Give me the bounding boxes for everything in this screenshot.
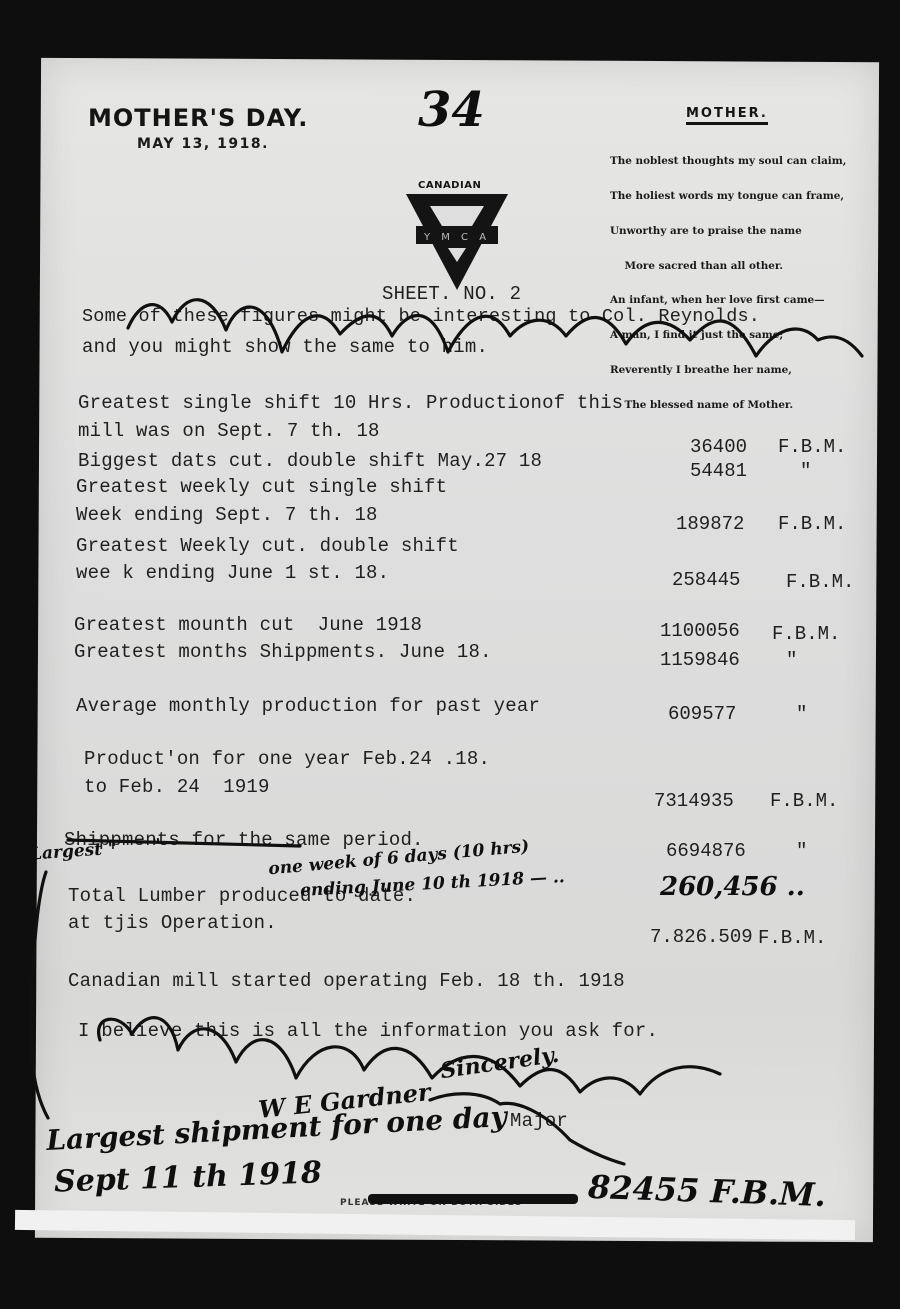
poem-title: MOTHER. (686, 106, 768, 125)
record-label: wee k ending June 1 st. 18. (76, 562, 389, 584)
poem-line: The blessed name of Mother. (610, 400, 846, 412)
record-value: 189872 (676, 513, 744, 535)
letterhead-date: MAY 13, 1918. (137, 136, 269, 152)
record-label: Average monthly production for past year (76, 695, 540, 717)
record-unit: " (800, 460, 811, 482)
poem-line: Reverently I breathe her name, (610, 365, 846, 377)
ymca-label: CANADIAN (418, 180, 481, 191)
record-unit: F.B.M. (778, 436, 846, 458)
poem-text: The noblest thoughts my soul can claim, … (610, 133, 846, 423)
record-label: Product'on for one year Feb.24 .18. (84, 748, 490, 770)
ymca-triangle-icon: Y M C A (402, 192, 512, 292)
record-unit: F.B.M. (758, 927, 826, 949)
record-unit: " (786, 649, 797, 671)
poem-line: Unworthy are to praise the name (610, 226, 846, 238)
poem-line: A man, I find it just the same; (610, 330, 846, 342)
intro-line-1: Some of these figures might be interesti… (82, 306, 760, 327)
record-unit: " (796, 840, 807, 862)
record-label: Greatest single shift 10 Hrs. Production… (78, 392, 623, 414)
record-label: Greatest months Shippments. June 18. (74, 641, 492, 663)
page-number: 34 (418, 82, 485, 138)
record-value: 7.826.509 (650, 926, 753, 948)
record-value: 609577 (668, 703, 736, 725)
record-label: Week ending Sept. 7 th. 18 (76, 504, 378, 526)
record-value: 1100056 (660, 620, 740, 642)
record-label: Greatest mounth cut June 1918 (74, 614, 422, 636)
record-value: 1159846 (660, 649, 740, 671)
closing-line: I believe this is all the information yo… (78, 1020, 658, 1042)
record-label: at tjis Operation. (68, 912, 277, 934)
poem-line: The noblest thoughts my soul can claim, (610, 156, 846, 168)
intro-line-2: and you might show the same to him. (82, 336, 488, 358)
record-value: 36400 (690, 436, 747, 458)
record-label: Greatest Weekly cut. double shift (76, 535, 459, 557)
ymca-band-text: Y M C A (423, 232, 490, 243)
signature-rank: Major (510, 1110, 568, 1132)
record-label: to Feb. 24 1919 (84, 776, 270, 798)
footer-print: PLEASE WRITE ON BOTH SIDES (340, 1198, 522, 1208)
record-value: 258445 (672, 569, 740, 591)
mill-start-line: Canadian mill started operating Feb. 18 … (68, 970, 625, 992)
letterhead-title: MOTHER'S DAY. (88, 104, 308, 132)
record-unit: F.B.M. (770, 790, 838, 812)
record-label: Greatest weekly cut single shift (76, 476, 447, 498)
record-label: mill was on Sept. 7 th. 18 (78, 420, 380, 442)
sheet-heading: SHEET. NO. 2 (382, 283, 521, 305)
record-value: 54481 (690, 460, 747, 482)
poem-line: More sacred than all other. (610, 261, 846, 273)
record-unit: " (796, 703, 807, 725)
handwritten-week-value: 260,456 .. (660, 872, 805, 902)
record-unit: F.B.M. (772, 623, 840, 645)
poem-line: The holiest words my tongue can frame, (610, 191, 846, 203)
record-unit: F.B.M. (786, 571, 854, 593)
record-label: Biggest dats cut. double shift May.27 18 (78, 450, 542, 472)
record-unit: F.B.M. (778, 513, 846, 535)
record-value: 6694876 (666, 840, 746, 862)
record-value: 7314935 (654, 790, 734, 812)
